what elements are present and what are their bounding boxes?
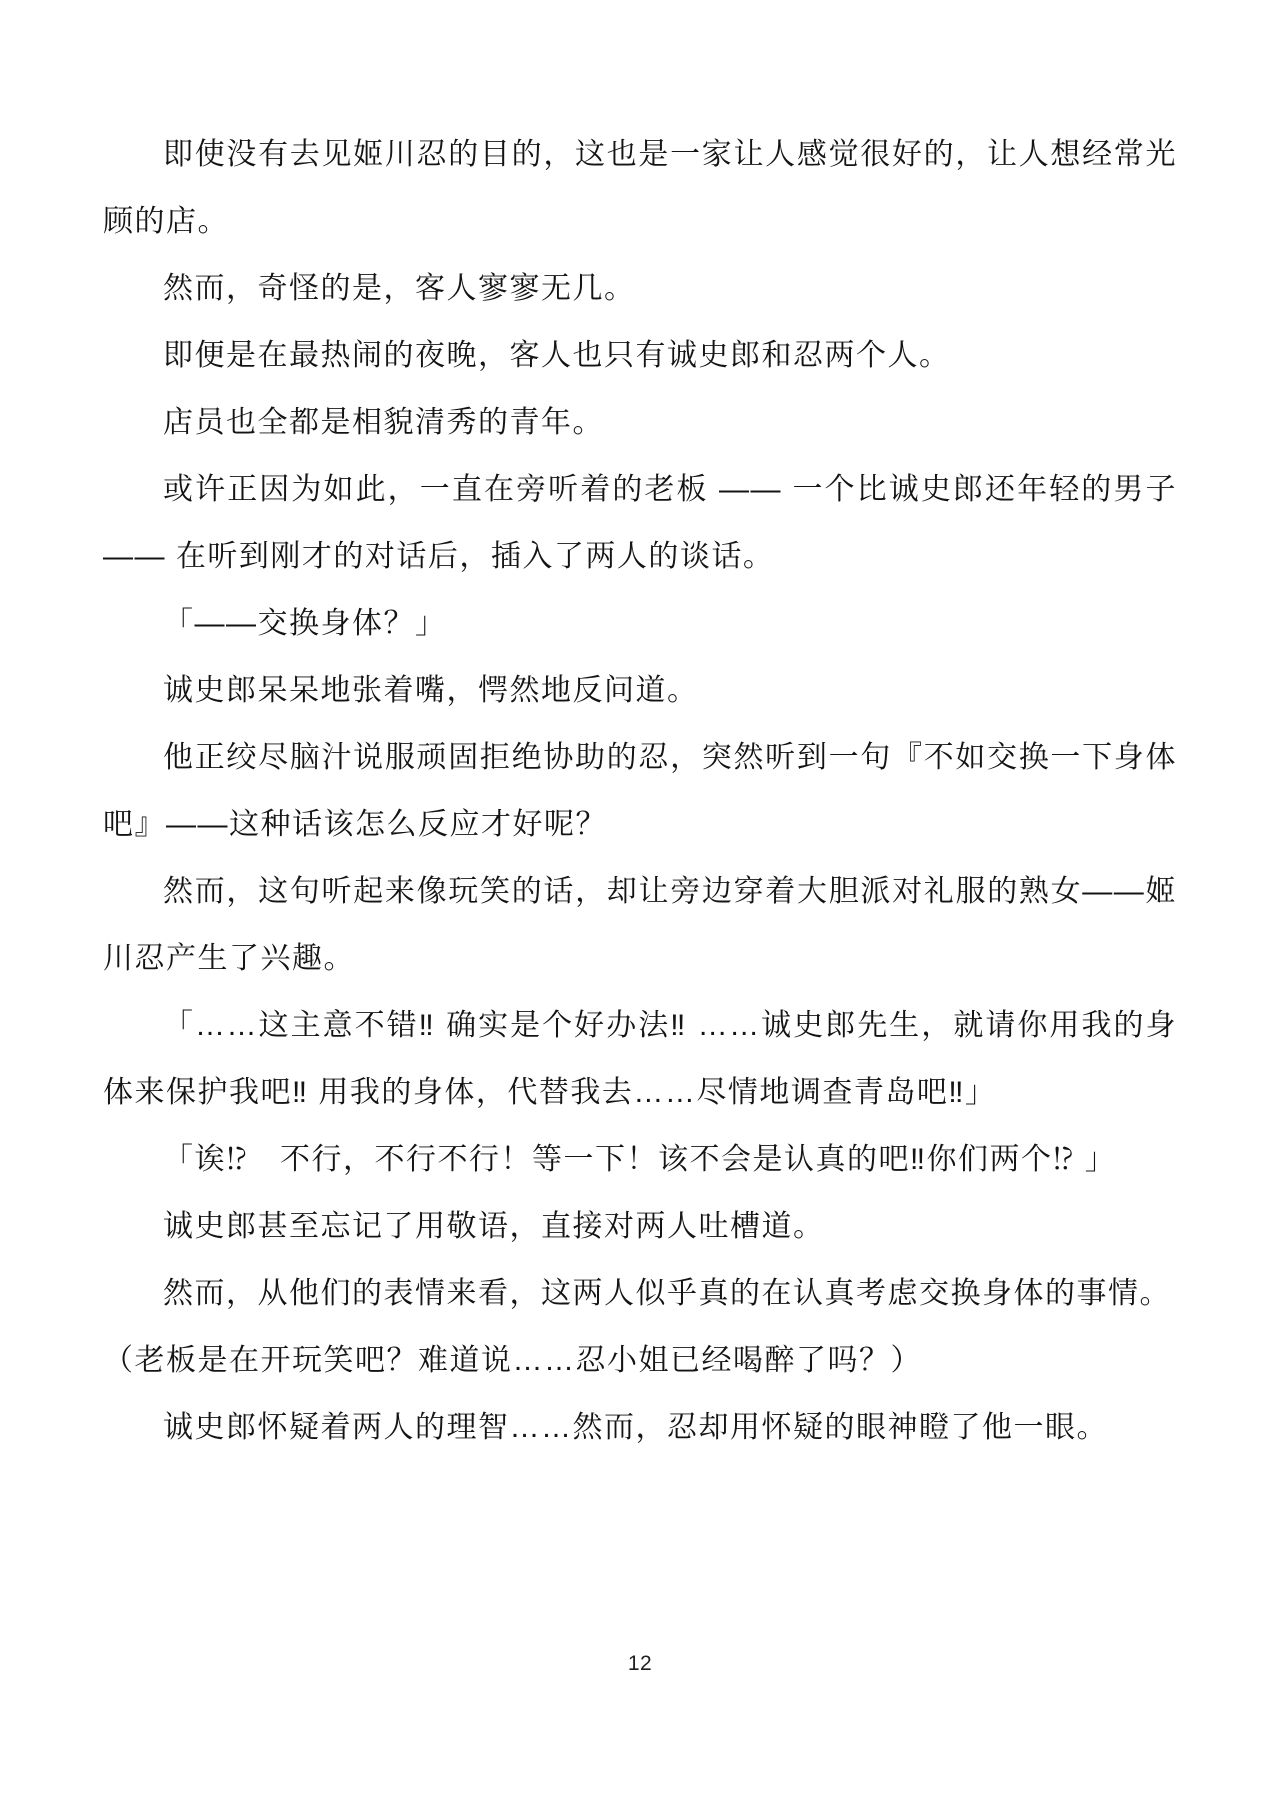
paragraph: 「诶⁉ 不行，不行不行！等一下！该不会是认真的吧‼你们两个⁉ 」 [103,1126,1177,1193]
paragraph: 即便是在最热闹的夜晚，客人也只有诚史郎和忍两个人。 [103,322,1177,389]
paragraph: 诚史郎甚至忘记了用敬语，直接对两人吐槽道。 [103,1193,1177,1260]
paragraph: 或许正因为如此，一直在旁听着的老板 —— 一个比诚史郎还年轻的男子 —— 在听到… [103,456,1177,590]
paragraph: 「……这主意不错‼ 确实是个好办法‼ ……诚史郎先生，就请你用我的身体来保护我吧… [103,992,1177,1126]
paragraph: 诚史郎呆呆地张着嘴，愕然地反问道。 [103,657,1177,724]
paragraph: 「——交换身体？」 [103,590,1177,657]
page-footer: 12 [0,1652,1280,1676]
document-page: 即使没有去见姬川忍的目的，这也是一家让人感觉很好的，让人想经常光顾的店。然而，奇… [0,0,1280,1810]
paragraph: 即使没有去见姬川忍的目的，这也是一家让人感觉很好的，让人想经常光顾的店。 [103,121,1177,255]
paragraph: 然而，从他们的表情来看，这两人似乎真的在认真考虑交换身体的事情。 [103,1260,1177,1327]
page-number: 12 [628,1652,652,1675]
page-body: 即使没有去见姬川忍的目的，这也是一家让人感觉很好的，让人想经常光顾的店。然而，奇… [103,121,1177,1461]
paragraph: 诚史郎怀疑着两人的理智……然而，忍却用怀疑的眼神瞪了他一眼。 [103,1394,1177,1461]
paragraph: 然而，奇怪的是，客人寥寥无几。 [103,255,1177,322]
paragraph: 店员也全都是相貌清秀的青年。 [103,389,1177,456]
paragraph: （老板是在开玩笑吧？难道说……忍小姐已经喝醉了吗？） [103,1327,1177,1394]
paragraph: 他正绞尽脑汁说服顽固拒绝协助的忍，突然听到一句『不如交换一下身体吧』——这种话该… [103,724,1177,858]
paragraph: 然而，这句听起来像玩笑的话，却让旁边穿着大胆派对礼服的熟女——姬川忍产生了兴趣。 [103,858,1177,992]
